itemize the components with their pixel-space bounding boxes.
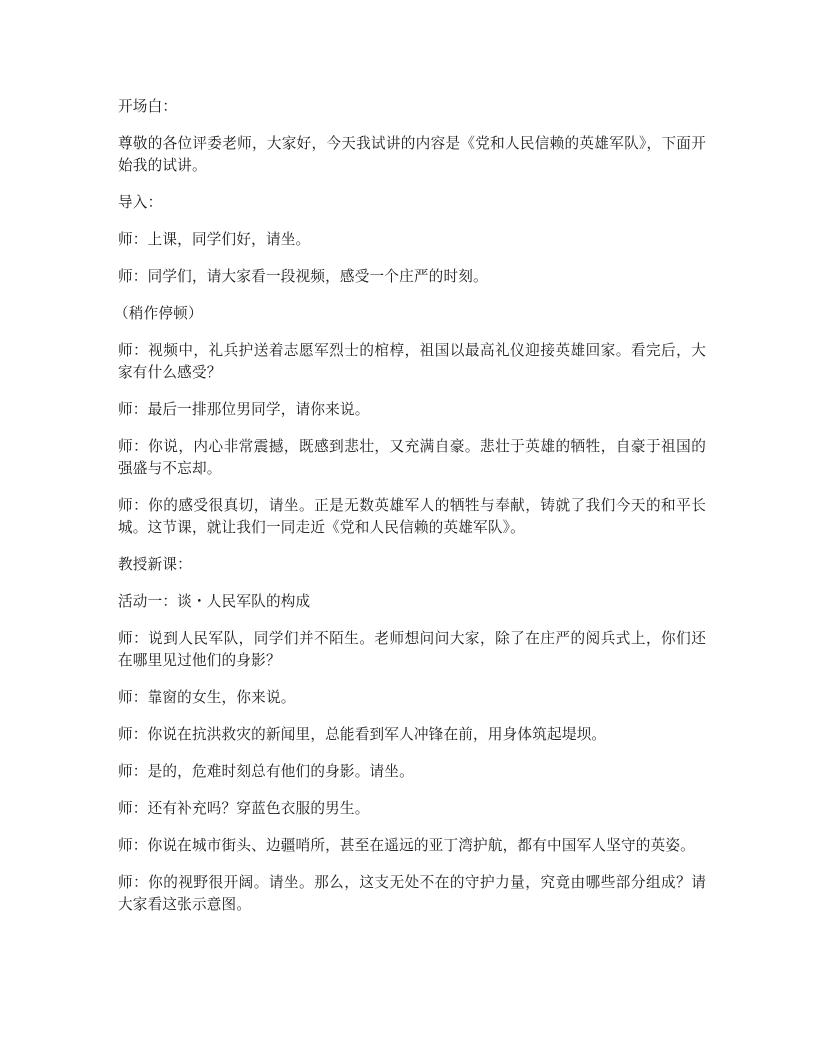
paragraph: 师：你说，内心非常震撼，既感到悲壮，又充满自豪。悲壮于英雄的牺牲，自豪于祖国的强… — [118, 436, 706, 480]
paragraph: 师：最后一排那位男同学，请你来说。 — [118, 399, 706, 421]
paragraph: 师：你的视野很开阔。请坐。那么，这支无处不在的守护力量，究竟由哪些部分组成？请大… — [118, 872, 706, 916]
paragraph: 师：视频中，礼兵护送着志愿军烈士的棺椁，祖国以最高礼仪迎接英雄回家。看完后，大家… — [118, 340, 706, 384]
paragraph: 师：你的感受很真切，请坐。正是无数英雄军人的牺牲与奉献，铸就了我们今天的和平长城… — [118, 495, 706, 539]
paragraph: 师：是的，危难时刻总有他们的身影。请坐。 — [118, 761, 706, 783]
paragraph: 师：还有补充吗？穿蓝色衣服的男生。 — [118, 798, 706, 820]
document-body: 开场白： 尊敬的各位评委老师，大家好，今天我试讲的内容是《党和人民信赖的英雄军队… — [118, 96, 706, 931]
paragraph: 师：说到人民军队，同学们并不陌生。老师想问问大家，除了在庄严的阅兵式上，你们还在… — [118, 628, 706, 672]
document-page: 开场白： 尊敬的各位评委老师，大家好，今天我试讲的内容是《党和人民信赖的英雄军队… — [0, 0, 816, 1056]
paragraph: 师：上课，同学们好，请坐。 — [118, 229, 706, 251]
paragraph: 师：你说在城市街头、边疆哨所，甚至在遥远的亚丁湾护航，都有中国军人坚守的英姿。 — [118, 835, 706, 857]
section-heading-intro: 导入： — [118, 192, 706, 214]
activity-heading: 活动一：谈・人民军队的构成 — [118, 591, 706, 613]
section-heading-new-lesson: 教授新课： — [118, 554, 706, 576]
stage-note: （稍作停顿） — [114, 303, 706, 325]
paragraph-greeting: 尊敬的各位评委老师，大家好，今天我试讲的内容是《党和人民信赖的英雄军队》，下面开… — [118, 133, 706, 177]
paragraph: 师：同学们，请大家看一段视频，感受一个庄严的时刻。 — [118, 266, 706, 288]
paragraph: 师：你说在抗洪救灾的新闻里，总能看到军人冲锋在前，用身体筑起堤坝。 — [118, 724, 706, 746]
paragraph: 师：靠窗的女生，你来说。 — [118, 687, 706, 709]
section-heading-opening: 开场白： — [118, 96, 706, 118]
